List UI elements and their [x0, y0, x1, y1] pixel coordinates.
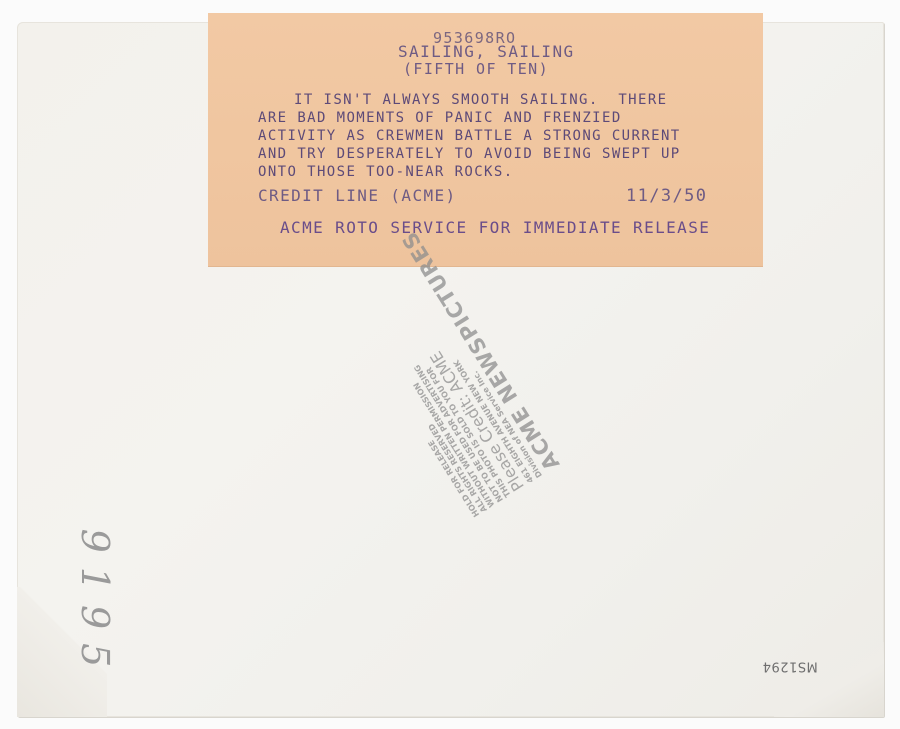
caption-label: 953698RO SAILING, SAILING (FIFTH OF TEN)…: [208, 13, 763, 266]
handwritten-code: MS1294: [762, 659, 818, 674]
caption-body-line: AND TRY DESPERATELY TO AVOID BEING SWEPT…: [258, 146, 681, 162]
caption-subtitle: (FIFTH OF TEN): [403, 60, 549, 78]
caption-body-line: ONTO THOSE TOO-NEAR ROCKS.: [258, 164, 514, 180]
handwritten-number: 9195: [73, 529, 117, 682]
credit-line: CREDIT LINE (ACME): [258, 186, 457, 205]
release-notice: ACME ROTO SERVICE FOR IMMEDIATE RELEASE: [280, 218, 710, 237]
caption-body-line: IT ISN'T ALWAYS SMOOTH SAILING. THERE: [294, 92, 668, 108]
caption-title: SAILING, SAILING: [398, 42, 575, 61]
caption-body-line: ACTIVITY AS CREWMEN BATTLE A STRONG CURR…: [258, 128, 681, 144]
release-date: 11/3/50: [626, 186, 707, 206]
agency-stamp: HOLD FOR RELEASE ALL RIGHTS RESERVED WIT…: [300, 270, 620, 500]
caption-body-line: ARE BAD MOMENTS OF PANIC AND FRENZIED: [258, 110, 622, 126]
